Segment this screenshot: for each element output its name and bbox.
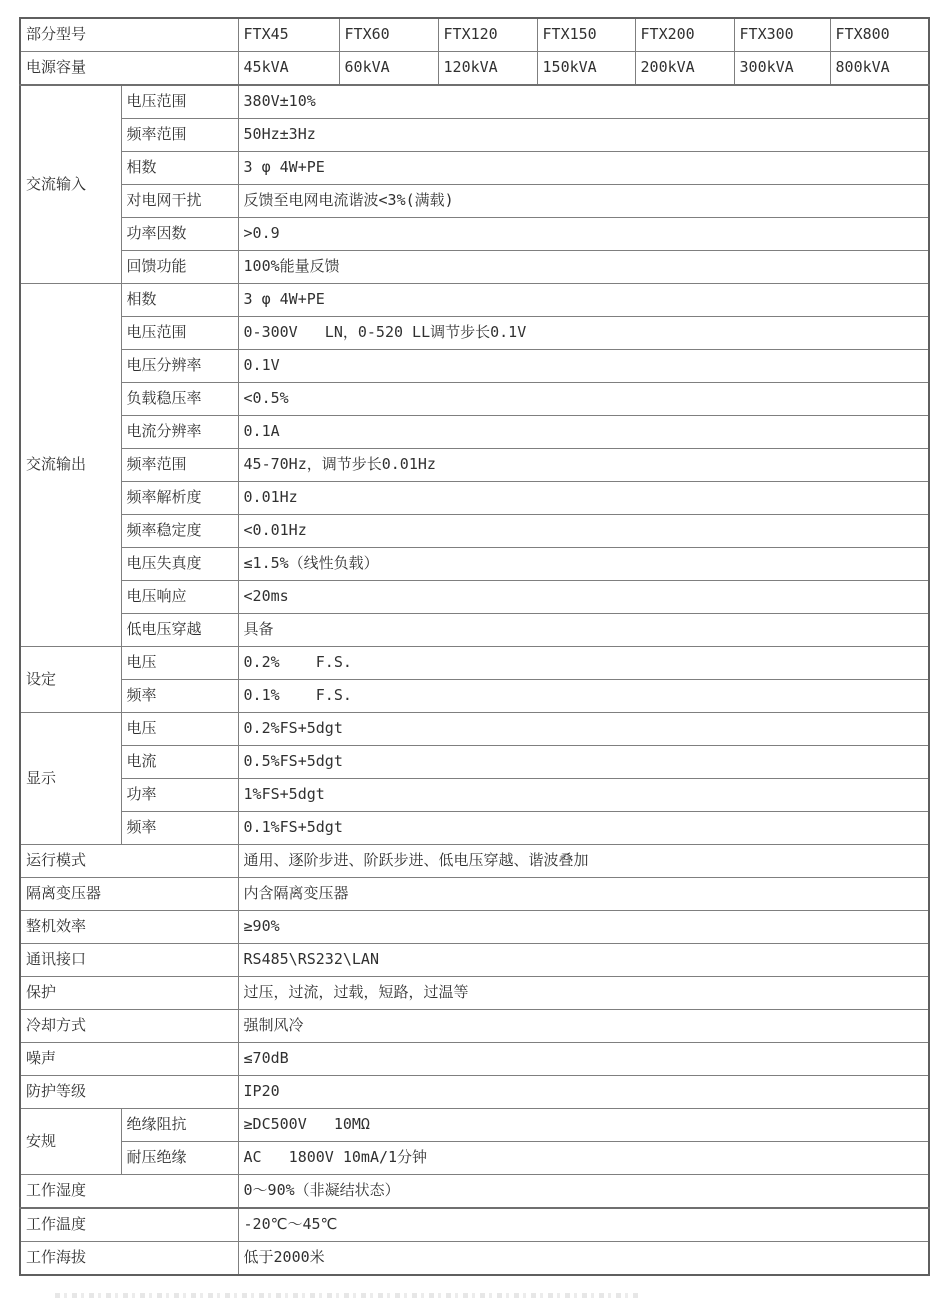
label-cell: 频率 [121,812,238,845]
row-label: 运行模式 [20,845,238,878]
label-cell: 功率 [121,779,238,812]
capacity-row: 电源容量 45kVA 60kVA 120kVA 150kVA 200kVA 30… [20,52,929,86]
table-row: 频率 0.1%FS+5dgt [20,812,929,845]
label-cell: 负载稳压率 [121,383,238,416]
group-cell: 安规 [20,1109,121,1175]
value-cell: 3 φ 4W+PE [238,284,929,317]
capacity-cell: 60kVA [339,52,438,86]
value-cell: 0.1A [238,416,929,449]
table-row: 功率 1%FS+5dgt [20,779,929,812]
value-cell: 0.2%FS+5dgt [238,713,929,746]
table-row: 负载稳压率 <0.5% [20,383,929,416]
table-row: 频率稳定度 <0.01Hz [20,515,929,548]
value-cell: 50Hz±3Hz [238,119,929,152]
table-row: 电压失真度 ≤1.5%（线性负载） [20,548,929,581]
value-cell: RS485\RS232\LAN [238,944,929,977]
row-label: 保护 [20,977,238,1010]
value-cell: 0.1%FS+5dgt [238,812,929,845]
value-cell: AC 1800V 10mA/1分钟 [238,1142,929,1175]
value-cell: 0～90%（非凝结状态） [238,1175,929,1209]
row-label: 冷却方式 [20,1010,238,1043]
table-row: 交流输入 电压范围 380V±10% [20,85,929,119]
table-row: 电流 0.5%FS+5dgt [20,746,929,779]
model-cell: FTX800 [830,18,929,52]
table-row: 频率范围 50Hz±3Hz [20,119,929,152]
table-row: 噪声 ≤70dB [20,1043,929,1076]
value-cell: 100%能量反馈 [238,251,929,284]
table-row: 频率范围 45-70Hz，调节步长0.01Hz [20,449,929,482]
spec-table: 部分型号 FTX45 FTX60 FTX120 FTX150 FTX200 FT… [19,17,930,1276]
table-row: 工作温度 -20℃～45℃ [20,1208,929,1242]
value-cell: 低于2000米 [238,1242,929,1276]
group-cell: 交流输入 [20,85,121,284]
label-cell: 电流 [121,746,238,779]
row-label: 噪声 [20,1043,238,1076]
cutoff-footer-note [55,1293,640,1298]
label-cell: 低电压穿越 [121,614,238,647]
model-cell: FTX120 [438,18,537,52]
value-cell: 45-70Hz，调节步长0.01Hz [238,449,929,482]
value-cell: 0.5%FS+5dgt [238,746,929,779]
table-row: 电压范围 0-300V LN，0-520 LL调节步长0.1V [20,317,929,350]
value-cell: 0.1V [238,350,929,383]
label-cell: 电流分辨率 [121,416,238,449]
value-cell: 过压，过流，过载，短路，过温等 [238,977,929,1010]
value-cell: 0.01Hz [238,482,929,515]
value-cell: >0.9 [238,218,929,251]
label-cell: 电压响应 [121,581,238,614]
group-cell: 设定 [20,647,121,713]
label-cell: 相数 [121,284,238,317]
label-cell: 对电网干扰 [121,185,238,218]
label-cell: 频率范围 [121,119,238,152]
table-row: 低电压穿越 具备 [20,614,929,647]
value-cell: 1%FS+5dgt [238,779,929,812]
label-cell: 频率 [121,680,238,713]
value-cell: ≥90% [238,911,929,944]
capacity-cell: 150kVA [537,52,635,86]
table-row: 相数 3 φ 4W+PE [20,152,929,185]
row-label: 整机效率 [20,911,238,944]
value-cell: 0.2% F.S. [238,647,929,680]
label-cell: 电压失真度 [121,548,238,581]
spec-sheet: 部分型号 FTX45 FTX60 FTX120 FTX150 FTX200 FT… [19,17,930,1276]
value-cell: 具备 [238,614,929,647]
value-cell: 380V±10% [238,85,929,119]
model-cell: FTX60 [339,18,438,52]
group-cell: 显示 [20,713,121,845]
table-row: 保护 过压，过流，过载，短路，过温等 [20,977,929,1010]
label-cell: 相数 [121,152,238,185]
model-cell: FTX45 [238,18,339,52]
capacity-cell: 300kVA [734,52,830,86]
label-cell: 回馈功能 [121,251,238,284]
table-row: 回馈功能 100%能量反馈 [20,251,929,284]
row-label: 部分型号 [20,18,238,52]
label-cell: 绝缘阻抗 [121,1109,238,1142]
table-row: 功率因数 >0.9 [20,218,929,251]
model-cell: FTX200 [635,18,734,52]
capacity-cell: 200kVA [635,52,734,86]
model-header-row: 部分型号 FTX45 FTX60 FTX120 FTX150 FTX200 FT… [20,18,929,52]
value-cell: 0.1% F.S. [238,680,929,713]
label-cell: 功率因数 [121,218,238,251]
value-cell: 强制风冷 [238,1010,929,1043]
value-cell: 3 φ 4W+PE [238,152,929,185]
value-cell: IP20 [238,1076,929,1109]
capacity-cell: 800kVA [830,52,929,86]
row-label: 工作海拔 [20,1242,238,1276]
table-row: 电流分辨率 0.1A [20,416,929,449]
table-row: 对电网干扰 反馈至电网电流谐波<3%(满载) [20,185,929,218]
table-row: 频率解析度 0.01Hz [20,482,929,515]
row-label: 隔离变压器 [20,878,238,911]
table-row: 工作湿度 0～90%（非凝结状态） [20,1175,929,1209]
table-row: 工作海拔 低于2000米 [20,1242,929,1276]
table-row: 整机效率 ≥90% [20,911,929,944]
row-label: 防护等级 [20,1076,238,1109]
label-cell: 电压 [121,647,238,680]
table-row: 安规 绝缘阻抗 ≥DC500V 10MΩ [20,1109,929,1142]
model-cell: FTX150 [537,18,635,52]
label-cell: 电压 [121,713,238,746]
value-cell: 反馈至电网电流谐波<3%(满载) [238,185,929,218]
row-label: 通讯接口 [20,944,238,977]
table-row: 电压响应 <20ms [20,581,929,614]
value-cell: <20ms [238,581,929,614]
value-cell: ≥DC500V 10MΩ [238,1109,929,1142]
table-row: 通讯接口 RS485\RS232\LAN [20,944,929,977]
value-cell: <0.01Hz [238,515,929,548]
value-cell: 内含隔离变压器 [238,878,929,911]
label-cell: 频率范围 [121,449,238,482]
table-row: 隔离变压器 内含隔离变压器 [20,878,929,911]
table-row: 交流输出 相数 3 φ 4W+PE [20,284,929,317]
row-label: 工作温度 [20,1208,238,1242]
table-row: 耐压绝缘 AC 1800V 10mA/1分钟 [20,1142,929,1175]
value-cell: ≤70dB [238,1043,929,1076]
label-cell: 电压分辨率 [121,350,238,383]
label-cell: 电压范围 [121,85,238,119]
row-label: 工作湿度 [20,1175,238,1209]
capacity-cell: 45kVA [238,52,339,86]
value-cell: ≤1.5%（线性负载） [238,548,929,581]
label-cell: 频率解析度 [121,482,238,515]
table-row: 防护等级 IP20 [20,1076,929,1109]
table-row: 冷却方式 强制风冷 [20,1010,929,1043]
table-row: 显示 电压 0.2%FS+5dgt [20,713,929,746]
table-row: 电压分辨率 0.1V [20,350,929,383]
table-row: 设定 电压 0.2% F.S. [20,647,929,680]
label-cell: 电压范围 [121,317,238,350]
capacity-cell: 120kVA [438,52,537,86]
table-row: 运行模式 通用、逐阶步进、阶跃步进、低电压穿越、谐波叠加 [20,845,929,878]
value-cell: 通用、逐阶步进、阶跃步进、低电压穿越、谐波叠加 [238,845,929,878]
value-cell: 0-300V LN，0-520 LL调节步长0.1V [238,317,929,350]
label-cell: 耐压绝缘 [121,1142,238,1175]
row-label: 电源容量 [20,52,238,86]
label-cell: 频率稳定度 [121,515,238,548]
model-cell: FTX300 [734,18,830,52]
table-row: 频率 0.1% F.S. [20,680,929,713]
value-cell: -20℃～45℃ [238,1208,929,1242]
group-cell: 交流输出 [20,284,121,647]
value-cell: <0.5% [238,383,929,416]
